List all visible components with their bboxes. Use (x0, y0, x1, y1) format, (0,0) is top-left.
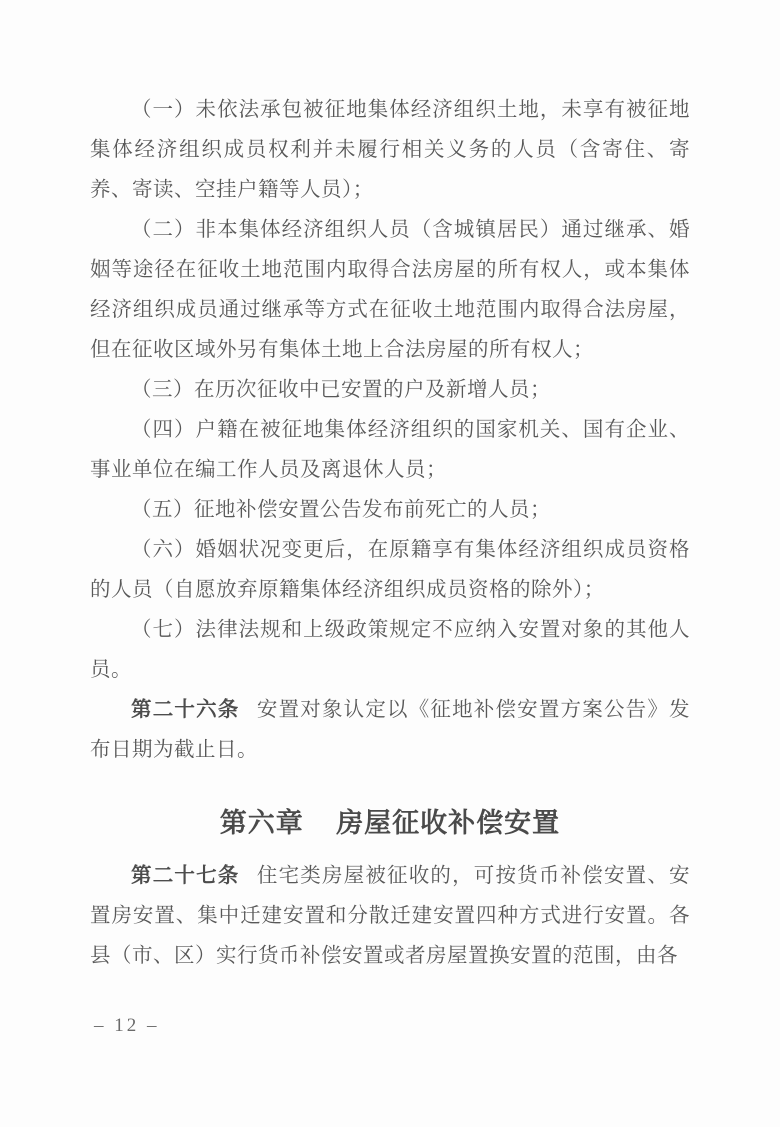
article-26: 第二十六条安置对象认定以《征地补偿安置方案公告》发布日期为截止日。 (90, 690, 690, 770)
document-body: （一）未依法承包被征地集体经济组织土地，未享有被征地集体经济组织成员权利并未履行… (90, 90, 690, 976)
article-27-number: 第二十七条 (131, 865, 239, 887)
list-item-2: （二）非本集体经济组织人员（含城镇居民）通过继承、婚姻等途径在征收土地范围内取得… (90, 210, 690, 370)
list-item-1: （一）未依法承包被征地集体经济组织土地，未享有被征地集体经济组织成员权利并未履行… (90, 90, 690, 210)
article-26-number: 第二十六条 (131, 699, 239, 721)
list-item-7: （七）法律法规和上级政策规定不应纳入安置对象的其他人员。 (90, 610, 690, 690)
list-item-3: （三）在历次征收中已安置的户及新增人员； (90, 370, 690, 410)
page-number: – 12 – (94, 1012, 160, 1040)
chapter-number: 第六章 (220, 808, 304, 839)
chapter-heading: 第六章房屋征收补偿安置 (90, 806, 690, 842)
chapter-title: 房屋征收补偿安置 (336, 808, 560, 839)
list-item-6: （六）婚姻状况变更后，在原籍享有集体经济组织成员资格的人员（自愿放弃原籍集体经济… (90, 530, 690, 610)
list-item-4: （四）户籍在被征地集体经济组织的国家机关、国有企业、事业单位在编工作人员及离退休… (90, 410, 690, 490)
document-page: （一）未依法承包被征地集体经济组织土地，未享有被征地集体经济组织成员权利并未履行… (0, 0, 780, 1127)
list-item-5: （五）征地补偿安置公告发布前死亡的人员； (90, 490, 690, 530)
article-27: 第二十七条住宅类房屋被征收的，可按货币补偿安置、安置房安置、集中迁建安置和分散迁… (90, 856, 690, 976)
